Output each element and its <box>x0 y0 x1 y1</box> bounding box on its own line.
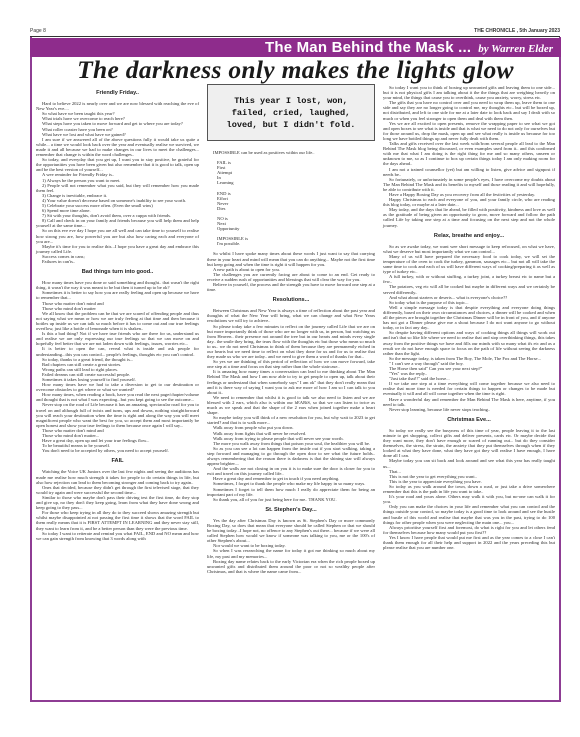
publication-date: THE CHRONICLE , 5th January 2023 <box>474 28 560 34</box>
paragraph: Is this a bad thing? Not if we have true… <box>36 331 199 346</box>
paragraph: How many times have you done or said som… <box>36 280 199 290</box>
paragraph: We all know that the problem can be that… <box>36 311 199 331</box>
paragraph: Yes the day after Christmas Day is known… <box>207 518 375 543</box>
paragraph: So yes we are thinking of this period of… <box>207 359 375 369</box>
paragraph: Yes I know I have people that would put … <box>383 535 555 550</box>
paragraph: 2) People will not remember what you sai… <box>36 183 199 193</box>
paragraph: So today we really see the busyness of t… <box>383 428 555 459</box>
pull-quote-box: This year I lost, won, failed, cried, la… <box>207 84 375 141</box>
paragraph: Never stop learning, because life never … <box>383 407 555 412</box>
section-heading: Bad things turn into good.. <box>36 270 199 275</box>
paragraph: Yes we are all excited to open presents,… <box>383 121 555 141</box>
paragraph: For those who keep trying in all they do… <box>36 510 199 530</box>
paragraph: It's your road and yours alone. Others m… <box>383 494 555 504</box>
paragraph: And the walls are not closing in on you … <box>207 466 375 476</box>
paragraph: So please today take a few minutes to re… <box>207 324 375 360</box>
paragraph: We need to remember that whilst it is go… <box>207 395 375 415</box>
section-heading: St. Stephen's Day... <box>207 508 375 513</box>
section-heading: Resolutions... <box>207 298 375 303</box>
section-heading: Christmas Eve... <box>383 418 555 423</box>
paragraph: Hard to believe 2022 is nearly over and … <box>36 101 199 111</box>
paragraph: Only you can make the choices in your li… <box>383 504 555 524</box>
paragraph: May today, and the days that lie ahead, … <box>383 207 555 227</box>
paragraph: I am sure if we answered all of the abov… <box>36 137 199 157</box>
paragraph: How many times, when reading a book, hav… <box>36 392 199 402</box>
paragraph: Watching the Voice UK Juniors over the l… <box>36 469 199 484</box>
banner-byline: by Warren Elder <box>478 43 553 55</box>
paragraph: 8) Call and check in on your family and … <box>36 218 199 228</box>
paragraph: Talks and gifts received over the last w… <box>383 141 555 166</box>
masthead-rule: Page 8 THE CHRONICLE , 5th January 2023 <box>30 28 560 37</box>
paragraph: So today I want to reiterate and remind … <box>36 531 199 541</box>
paragraph: Between Christmas and New Year is always… <box>207 308 375 323</box>
paragraph: If we take one step at a time everything… <box>383 381 555 396</box>
paragraph: How many times have we had to take a div… <box>36 382 199 392</box>
paragraph: Sometimes, I forget to thank the people … <box>207 481 375 486</box>
paragraph: Believe in yourself, the process and the… <box>207 282 375 292</box>
paragraph: The gifts that you have no control over … <box>383 100 555 120</box>
paragraph: So as we awake today, we want wee short … <box>383 244 555 254</box>
paragraph: So as you can see a lot can happen from … <box>207 446 375 466</box>
pull-quote-line: loved, but I didn't fold. <box>227 119 356 131</box>
paragraph: Never stop on the road of Life because i… <box>36 402 199 427</box>
page-number: Page 8 <box>30 28 46 34</box>
paragraph: Maybe today you can sit back and look ar… <box>383 458 555 468</box>
column-2: IMPOSSIBLE can be used as positives with… <box>207 150 375 574</box>
paragraph: Maybe it's time for you to realise this.… <box>36 244 199 254</box>
paragraph: So on this eve eve day I hope you are al… <box>36 228 199 243</box>
paragraph: It is better to open the can, reveal wha… <box>36 346 199 356</box>
acrostic-block: END isEffortNeverDies <box>207 191 375 211</box>
paragraph: Boxing day name relates back to the earl… <box>207 559 375 574</box>
paragraph: So when I was researching the name for t… <box>207 548 375 558</box>
paragraph: So today as you walk around the town, do… <box>383 484 555 494</box>
paragraph: A full turkey, with or without stuffing,… <box>383 274 555 284</box>
paragraph: Ones that decided, because they didn't g… <box>36 485 199 495</box>
banner-title: The Man Behind the Mask ... <box>265 39 471 56</box>
column-1: Friendly Friday..Hard to believe 2022 is… <box>36 85 199 541</box>
paragraph: So maybe today you will think of a new r… <box>207 415 375 425</box>
paragraph: It is amazing how many times a conversat… <box>207 369 375 394</box>
paragraph: Always prioritise yourself first and for… <box>383 525 555 535</box>
paragraph: So whilst I have spoke many times about … <box>207 251 375 266</box>
paragraph: Failures in can'ts.. <box>36 259 199 264</box>
paragraph: So thank you, all of you for just being … <box>207 497 375 502</box>
paragraph: Sometimes it is better to say how you ar… <box>36 290 199 300</box>
acrostic-block: IMPOSSIBLE isI'm possible. <box>207 236 375 246</box>
paragraph: What steps have you taken to move forwar… <box>36 121 199 126</box>
paragraph: Similar to those who maybe don't pass th… <box>36 495 199 510</box>
pull-quote: This year I lost, won, failed, cried, la… <box>227 95 356 131</box>
section-heading: FAIL <box>36 459 199 464</box>
paragraph: The challenges you are currently facing … <box>207 272 375 282</box>
paragraph: Have a wonderful day and remember the Ma… <box>383 397 555 407</box>
paragraph: So today I want you to think of boxing u… <box>383 85 555 100</box>
paragraph: The potatoes, veg etc will all be cooked… <box>383 284 555 294</box>
paragraph: You don't need to be accepted by others,… <box>36 448 199 453</box>
paragraph: Happy Christmas to each and everyone of … <box>383 197 555 207</box>
acrostic-block: NO isNextOpportunity <box>207 216 375 231</box>
pull-quote-line: This year I lost, won, <box>227 95 356 107</box>
section-heading: Friendly Friday.. <box>36 91 199 96</box>
column-3: So today I want you to think of boxing u… <box>383 85 555 550</box>
paragraph: So today, and everyday that you get up, … <box>36 157 199 172</box>
section-heading: Relax, breathe and enjoy... <box>383 234 555 239</box>
paragraph: So fortunately, or unfortunately in some… <box>383 177 555 192</box>
paragraph: Many of us will have prepared the necess… <box>383 254 555 274</box>
paragraph: Well a simple message today is that desp… <box>383 305 555 330</box>
acrostic-block: FAIL isFirstAttemptInLearning <box>207 160 375 185</box>
paragraph: So despite having different options and … <box>383 330 555 355</box>
pull-quote-line: failed, cried, laughed, <box>227 107 356 119</box>
paragraph: Sometimes I forget to tell them how much… <box>207 487 375 497</box>
paragraph: I am not a trained counsellor (yet) but … <box>383 167 555 177</box>
